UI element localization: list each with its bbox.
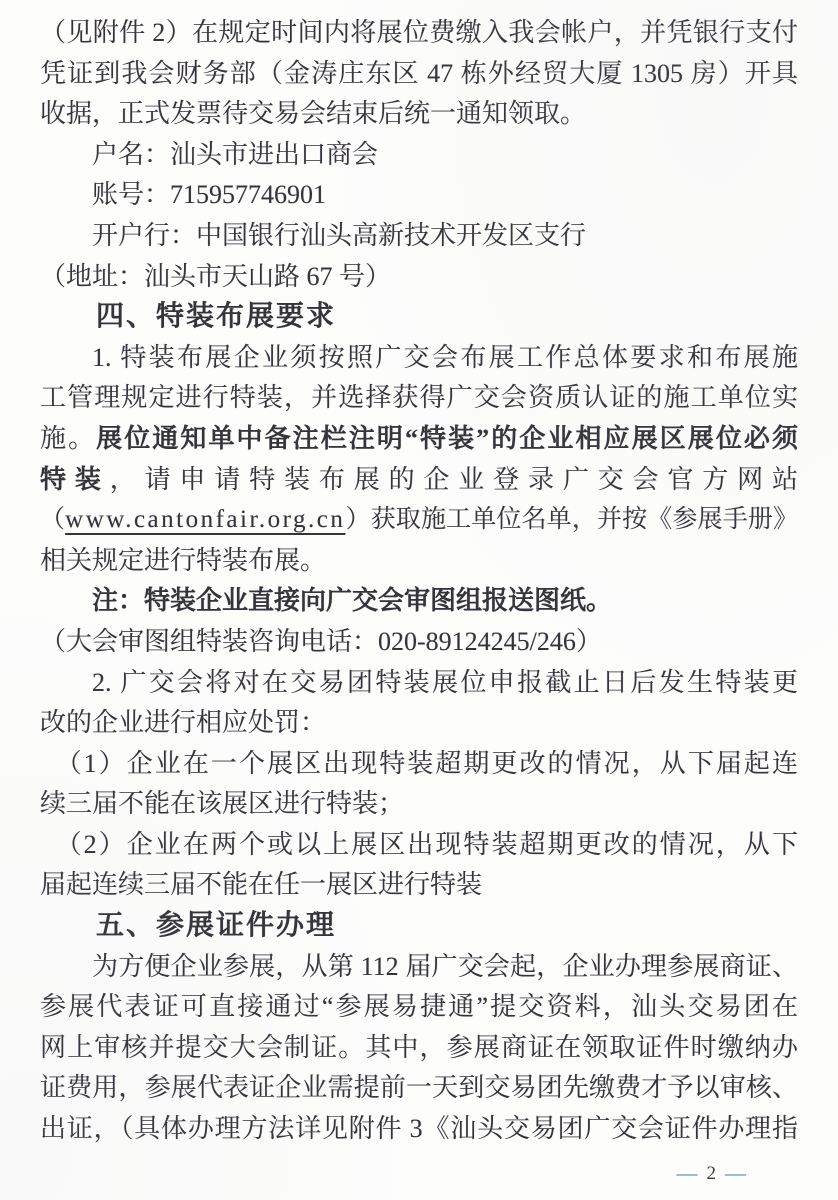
text-line: 1. 特装布展企业须按照广交会布展工作总体要求和布展施 [40, 338, 798, 379]
text-segment: （见附件 2）在规定时间内将展位费缴入我会帐户，并凭银行支付 [40, 18, 798, 47]
text-line: 2. 广交会将对在交易团特装展位申报截止日后发生特装更 [40, 663, 798, 704]
text-line: 施。展位通知单中备注栏注明“特装”的企业相应展区展位必须 [40, 419, 798, 460]
text-segment: （地址：汕头市天山路 67 号） [40, 262, 391, 291]
text-line: （大会审图组特装咨询电话：020-89124245/246） [40, 622, 798, 663]
text-segment: ）获取施工单位名单，并按《参展手册》 [345, 506, 798, 533]
text-line: 注：特装企业直接向广交会审图组报送图纸。 [40, 581, 798, 622]
text-line: 续三届不能在该展区进行特装； [40, 784, 798, 825]
text-segment: 户名：汕头市进出口商会 [92, 140, 378, 169]
text-line: 收据，正式发票待交易会结束后统一通知领取。 [40, 94, 798, 135]
text-segment: 收据，正式发票待交易会结束后统一通知领取。 [40, 99, 586, 128]
text-segment: （1）企业在一个展区出现特装超期更改的情况，从下届起连 [56, 749, 798, 778]
text-line: 户名：汕头市进出口商会 [40, 135, 798, 176]
text-segment: 1. 特装布展企业须按照广交会布展工作总体要求和布展施 [92, 343, 798, 372]
text-segment: 账号：715957746901 [92, 180, 326, 209]
text-segment: 续三届不能在该展区进行特装； [40, 789, 404, 818]
text-line: （地址：汕头市天山路 67 号） [40, 257, 798, 298]
text-line: 参展代表证可直接通过“参展易捷通”提交资料，汕头交易团在 [40, 987, 798, 1028]
page-number: — 2 — [677, 1161, 747, 1186]
text-segment: ，请申请特装布展的企业登录广交会官方网站 [110, 465, 798, 494]
text-line: 工管理规定进行特装，并选择获得广交会资质认证的施工单位实 [40, 378, 798, 419]
text-segment: （大会审图组特装咨询电话：020-89124245/246） [40, 627, 602, 656]
text-segment: 展位通知单中备注栏注明“特装”的企业相应展区展位必须 [96, 424, 798, 453]
text-line: 特装，请申请特装布展的企业登录广交会官方网站 [40, 460, 798, 501]
text-segment: 证费用，参展代表证企业需提前一天到交易团先缴费才予以审核、 [40, 1073, 798, 1102]
text-line: 为方便企业参展，从第 112 届广交会起，企业办理参展商证、 [40, 947, 798, 988]
text-segment: 相关规定进行特装布展。 [40, 546, 326, 575]
text-line: 证费用，参展代表证企业需提前一天到交易团先缴费才予以审核、 [40, 1068, 798, 1109]
text-segment: （ [40, 506, 65, 533]
text-line: 账号：715957746901 [40, 175, 798, 216]
document-lines: （见附件 2）在规定时间内将展位费缴入我会帐户，并凭银行支付凭证到我会财务部（金… [40, 13, 798, 1150]
text-line: （www.cantonfair.org.cn）获取施工单位名单，并按《参展手册》 [40, 500, 798, 541]
text-segment: 2. 广交会将对在交易团特装展位申报截止日后发生特装更 [92, 668, 798, 697]
text-segment: 届起连续三届不能在任一展区进行特装 [40, 870, 482, 899]
text-line: 出证，（具体办理方法详见附件 3《汕头交易团广交会证件办理指 [40, 1109, 798, 1150]
text-segment: 五、参展证件办理 [96, 910, 336, 941]
text-segment: 出证，（具体办理方法详见附件 3《汕头交易团广交会证件办理指 [40, 1114, 798, 1143]
scanned-document-page: （见附件 2）在规定时间内将展位费缴入我会帐户，并凭银行支付凭证到我会财务部（金… [0, 0, 838, 1200]
text-segment: （2）企业在两个或以上展区出现特装超期更改的情况，从下 [56, 830, 798, 859]
text-segment: 特装 [40, 465, 110, 494]
text-segment: 工管理规定进行特装，并选择获得广交会资质认证的施工单位实 [40, 383, 798, 412]
cantonfair-url-text: www.cantonfair.org.cn [65, 506, 345, 533]
text-line: 改的企业进行相应处罚： [40, 703, 798, 744]
page-number-value: 2 [707, 1163, 717, 1185]
text-segment: 网上审核并提交大会制证。其中，参展商证在领取证件时缴纳办 [40, 1033, 798, 1062]
text-segment: 四、特装布展要求 [96, 301, 336, 332]
text-segment: 注：特装企业直接向广交会审图组报送图纸。 [92, 586, 612, 615]
section-heading: 四、特装布展要求 [40, 297, 798, 338]
text-segment: 改的企业进行相应处罚： [40, 708, 326, 737]
text-line: 开户行：中国银行汕头高新技术开发区支行 [40, 216, 798, 257]
text-line: 网上审核并提交大会制证。其中，参展商证在领取证件时缴纳办 [40, 1028, 798, 1069]
page-number-dash-right: — [725, 1161, 746, 1186]
text-line: 届起连续三届不能在任一展区进行特装 [40, 865, 798, 906]
text-line: 相关规定进行特装布展。 [40, 541, 798, 582]
text-segment: 开户行：中国银行汕头高新技术开发区支行 [92, 221, 586, 250]
section-heading: 五、参展证件办理 [40, 906, 798, 947]
text-line: （见附件 2）在规定时间内将展位费缴入我会帐户，并凭银行支付 [40, 13, 798, 54]
text-segment: 为方便企业参展，从第 112 届广交会起，企业办理参展商证、 [92, 952, 798, 981]
text-segment: 凭证到我会财务部（金涛庄东区 47 栋外经贸大厦 1305 房）开具 [40, 59, 798, 88]
text-line: （1）企业在一个展区出现特装超期更改的情况，从下届起连 [40, 744, 798, 785]
text-segment: 参展代表证可直接通过“参展易捷通”提交资料，汕头交易团在 [40, 992, 798, 1021]
text-line: 凭证到我会财务部（金涛庄东区 47 栋外经贸大厦 1305 房）开具 [40, 54, 798, 95]
page-number-dash-left: — [677, 1161, 698, 1186]
text-line: （2）企业在两个或以上展区出现特装超期更改的情况，从下 [40, 825, 798, 866]
text-segment: 施。 [40, 424, 96, 453]
